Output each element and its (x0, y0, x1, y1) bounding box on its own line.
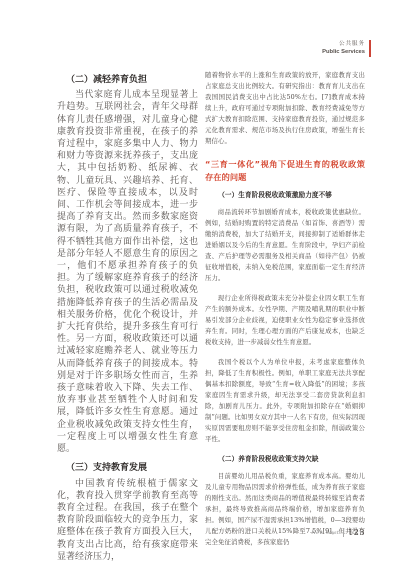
article-body: （二）减轻养育负担 当代家庭育儿成本呈现显著上升趋势。互联网社会，青年父母群体育… (57, 70, 365, 563)
page-number: 123 (348, 528, 365, 537)
paragraph: 当代家庭育儿成本呈现显著上升趋势。互联网社会，青年父母群体育儿责任感增强，对儿童… (57, 89, 198, 455)
right-column: 随着物价水平的上涨和生育政策的放开，家庭教育支出占家庭总支出比例较大。有研究指出… (205, 70, 365, 563)
paragraph: 我国个税以个人为单位申报，未考虑家庭整体负担，降低了生育积极性。例如，单职工家庭… (205, 357, 365, 445)
subheading-reduce-burden: （二）减轻养育负担 (57, 74, 198, 86)
magazine-page: 公共服务 Public Services （二）减轻养育负担 当代家庭育儿成本呈… (0, 0, 402, 564)
page-footer: New West 123 (311, 528, 365, 537)
section-name-en: Public Services (322, 48, 365, 56)
paragraph: 现行企业所得税政策未充分补偿企业因女职工生育产生的额外成本。女性孕期、产期及哺乳… (205, 293, 365, 348)
subheading-birth-stage: （一）生育阶段税收政策激励力度不够 (205, 190, 365, 201)
footer-divider (343, 528, 344, 537)
journal-name: New West (311, 530, 339, 536)
section-header-text: 公共服务 Public Services (322, 41, 365, 56)
paragraph-continued: 随着物价水平的上涨和生育政策的放开，家庭教育支出占家庭总支出比例较大。有研究指出… (205, 70, 365, 147)
subheading-support-education: （三）支持教育发展 (57, 462, 198, 474)
paragraph: 商品流转环节加剧婚育成本，税收政策优惠缺位。例如，结婚时购置的特定消费品（如首饰… (205, 207, 365, 284)
left-column: （二）减轻养育负担 当代家庭育儿成本呈现显著上升趋势。互联网社会，青年父母群体育… (57, 70, 198, 563)
section-header-tag: 公共服务 Public Services (322, 40, 371, 57)
subheading-raising-stage: （二）养育阶段税收政策支持欠缺 (205, 454, 365, 465)
paragraph: 中国教育传统根植于儒家文化，教育投入贯穿学前教育至高等教育全过程。在我国，孩子在… (57, 478, 198, 563)
section-title: “三育一体化”视角下促进生育的税收政策存在的问题 (205, 158, 365, 183)
header-accent-bar (369, 40, 371, 57)
section-name-cn: 公共服务 (322, 41, 365, 48)
